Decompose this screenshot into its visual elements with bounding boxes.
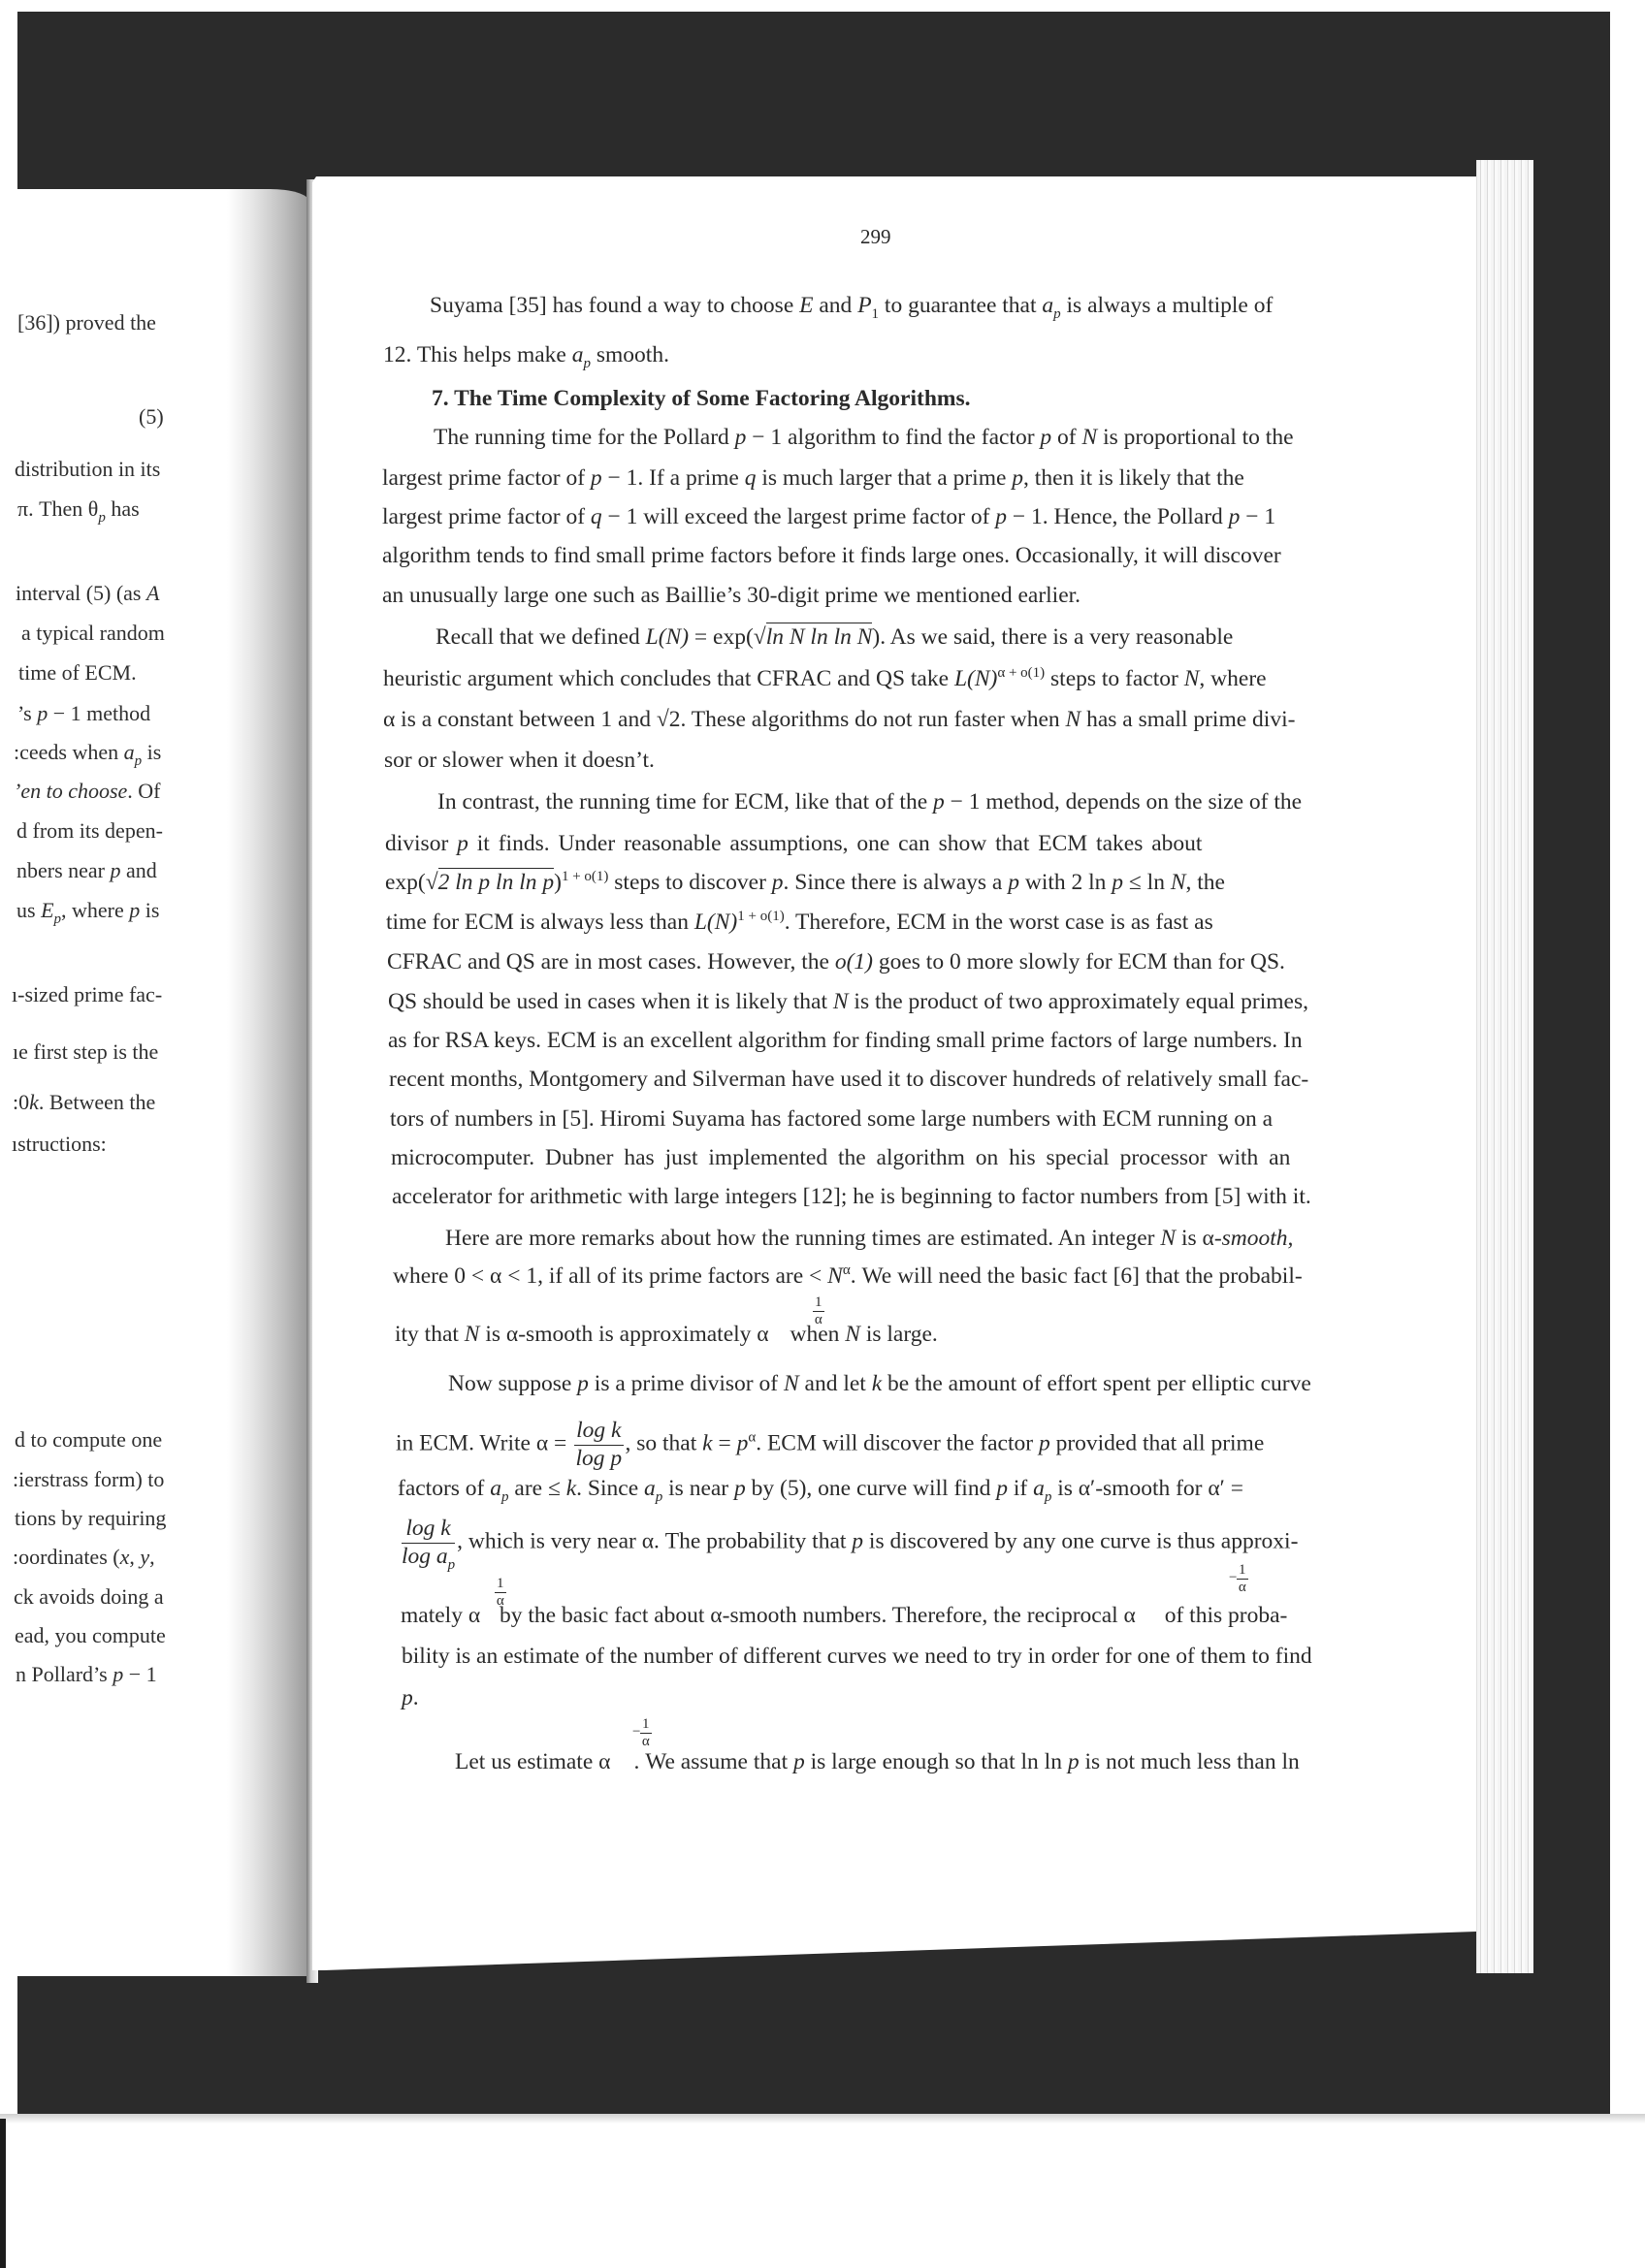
text: . Between the [39, 1090, 155, 1114]
text: Now suppose [448, 1371, 577, 1396]
math-var: N [827, 1263, 843, 1289]
math-var: p [852, 1528, 863, 1553]
text: , which is very near α. The probability … [457, 1528, 852, 1553]
math-var: p [583, 356, 591, 371]
superscript: α + o(1) [997, 665, 1045, 681]
text-line: mately α by the basic fact about α-smoot… [401, 1602, 1287, 1629]
text-line: largest prime factor of p − 1. If a prim… [382, 464, 1244, 492]
text: interval (5) (as [16, 581, 146, 605]
text-line: CFRAC and QS are in most cases. However,… [387, 948, 1285, 975]
left-line: :ceeds when ap is [14, 739, 161, 766]
left-line: d to compute one [15, 1426, 162, 1453]
text: is [142, 740, 161, 764]
text: steps to discover [608, 870, 771, 895]
numerator: 1 [813, 1295, 824, 1312]
left-line: interval (5) (as A [16, 580, 159, 607]
left-line: ı-sized prime fac- [12, 981, 162, 1008]
text: ’s [17, 701, 37, 725]
math-var: p [501, 1489, 509, 1505]
text: and [121, 858, 157, 882]
text: − 1 method [48, 701, 150, 725]
text: is [140, 898, 159, 922]
text: accelerator for arithmetic with large in… [392, 1184, 1311, 1209]
math-expr: log p [576, 1446, 623, 1471]
text: Here are more remarks about how the runn… [445, 1226, 1160, 1251]
math-var: p [996, 1476, 1008, 1501]
text-line: Now suppose p is a prime divisor of N an… [448, 1370, 1311, 1397]
text: Recall that we defined [435, 624, 646, 650]
text: smooth. [591, 342, 669, 367]
text-line: Recall that we defined L(N) = exp(√ln N … [435, 623, 1233, 651]
math-expr: log k [576, 1418, 621, 1443]
math-var: p [1039, 1430, 1050, 1455]
text: The running time for the Pollard [434, 425, 735, 450]
math-var: p [793, 1749, 805, 1774]
text: CFRAC and QS are in most cases. However,… [387, 949, 835, 974]
math-var: y [140, 1545, 149, 1569]
text: . Therefore, ECM in the worst case is as… [785, 910, 1213, 935]
text: and [814, 293, 858, 318]
text: divisor [385, 831, 457, 856]
denominator: log ap [402, 1544, 455, 1569]
text: by the basic fact about α-smooth numbers… [494, 1603, 1136, 1628]
text: ≤ ln [1123, 870, 1171, 895]
text-line: ity that N is α-smooth is approximately … [395, 1321, 938, 1348]
math-var: a [1042, 293, 1053, 318]
math-var: p [577, 1371, 589, 1396]
text: , where [1199, 666, 1266, 691]
math-var: a [1033, 1476, 1045, 1501]
text: provided that all prime [1050, 1430, 1265, 1455]
math-expr: o(1) [835, 949, 873, 974]
math-var: x [120, 1545, 130, 1569]
left-line: distribution in its [15, 456, 160, 483]
text: time for ECM is always less than [386, 910, 694, 935]
math-var: p [1068, 1749, 1080, 1774]
text: ıstructions: [12, 1132, 107, 1156]
text-line: divisor p it finds. Under reasonable ass… [385, 830, 1202, 857]
superscript: 1 + o(1) [737, 909, 784, 924]
text: is always a multiple of [1061, 293, 1274, 318]
math-var: p [135, 753, 143, 769]
math-var: k [566, 1476, 576, 1501]
emphasis-text: ’en to choose [14, 779, 127, 803]
math-expr: log k [405, 1516, 450, 1541]
text: if [1008, 1476, 1033, 1501]
left-line: ck avoids doing a [14, 1583, 164, 1611]
math-var: p [113, 1662, 123, 1686]
text-line: an unusually large one such as Baillie’s… [382, 582, 1081, 609]
text: sor or slower when it doesn’t. [384, 748, 655, 773]
text-line: largest prime factor of q − 1 will excee… [382, 503, 1275, 530]
text: Let us estimate α [455, 1749, 610, 1774]
text: algorithm tends to find small prime fact… [382, 543, 1281, 568]
fraction-logk-logp: log klog p [574, 1420, 623, 1470]
page-edges [1476, 160, 1533, 1973]
superscript: 1 + o(1) [562, 869, 608, 884]
text-line: QS should be used in cases when it is li… [388, 988, 1308, 1015]
text: mately α [401, 1603, 480, 1628]
text: it finds. Under reasonable assumptions, … [468, 831, 1203, 856]
text: − 1 will exceed the largest prime factor… [602, 504, 996, 529]
text: has [106, 496, 140, 521]
text-line: In contrast, the running time for ECM, l… [437, 788, 1302, 815]
text: goes to 0 more slowly for ECM than for Q… [873, 949, 1285, 974]
left-line: n Pollard’s p − 1 [16, 1661, 157, 1688]
math-var: N [1082, 425, 1098, 450]
left-line: ead, you compute [15, 1622, 166, 1649]
numerator: log k [574, 1420, 623, 1446]
equation-number: (5) [139, 403, 164, 431]
text-line: in ECM. Write α = log klog p, so that k … [396, 1420, 1264, 1470]
math-var: p [737, 1430, 749, 1455]
math-var: L(N) [694, 910, 737, 935]
math-expr: ln N ln ln N [766, 624, 873, 650]
text: − 1 method, depends on the size of the [945, 789, 1302, 815]
text: , then it is likely that the [1023, 465, 1244, 491]
subscript: 1 [872, 306, 880, 322]
text: where 0 < α < 1, if all of its prime fac… [393, 1263, 827, 1289]
math-var: p [1040, 425, 1051, 450]
left-line: ’en to choose. Of [14, 778, 161, 805]
text: Suyama [35] has found a way to choose [430, 293, 799, 318]
text: largest prime factor of [382, 465, 591, 491]
text: an unusually large one such as Baillie’s… [382, 583, 1081, 608]
text: :0 [13, 1090, 29, 1114]
math-var: p [402, 1685, 413, 1710]
text-line: factors of ap are ≤ k. Since ap is near … [398, 1475, 1243, 1502]
math-var: p [457, 831, 468, 856]
left-line: ıstructions: [12, 1131, 107, 1158]
math-var: N [845, 1322, 860, 1347]
math-var: p [1229, 504, 1241, 529]
text: (5) [139, 404, 164, 429]
text: = exp(√ [689, 624, 766, 650]
text: nbers near [16, 858, 111, 882]
text: to guarantee that [879, 293, 1042, 318]
left-line: :ierstrass form) to [13, 1466, 164, 1493]
left-line: :0k. Between the [13, 1089, 155, 1116]
text: steps to factor [1045, 666, 1184, 691]
left-line: ’s p − 1 method [17, 700, 150, 727]
math-var: k [872, 1371, 882, 1396]
text-line: sor or slower when it doesn’t. [384, 747, 655, 774]
math-var: p [98, 510, 106, 526]
exponent-fraction: −1α [1237, 1563, 1248, 1595]
math-var: q [745, 465, 757, 491]
math-var: E [41, 898, 53, 922]
text: us [16, 898, 41, 922]
text-line: where 0 < α < 1, if all of its prime fac… [393, 1262, 1303, 1290]
math-var: L(N) [954, 666, 997, 691]
text-line: Suyama [35] has found a way to choose E … [430, 292, 1273, 319]
text: . Of [127, 779, 160, 803]
text: of this proba- [1159, 1603, 1288, 1628]
left-line: tions by requiring [15, 1505, 166, 1532]
exponent-fraction: −1α [640, 1717, 652, 1749]
text: ). As we said, there is a very reasonabl… [872, 624, 1233, 650]
math-expr: 2 ln p ln ln p [438, 870, 554, 895]
math-var: p [1112, 870, 1123, 895]
scanner-bottom-edge [0, 2114, 1645, 2124]
text: , where [61, 898, 129, 922]
text-line: Let us estimate α. We assume that p is l… [455, 1748, 1300, 1775]
text: is near [662, 1476, 734, 1501]
text: QS should be used in cases when it is li… [388, 989, 833, 1014]
text: . We assume that [633, 1749, 793, 1774]
text: tors of numbers in [5]. Hiromi Suyama ha… [390, 1106, 1273, 1132]
text: has a small prime divi- [1081, 707, 1295, 732]
math-var: p [591, 465, 602, 491]
text: factors of [398, 1476, 490, 1501]
text: is α- [1176, 1226, 1222, 1251]
math-var: p [933, 789, 945, 815]
text: . Since [576, 1476, 644, 1501]
text-line: heuristic argument which concludes that … [383, 665, 1267, 692]
text-line: microcomputer. Dubner has just implement… [391, 1144, 1290, 1171]
math-var: a [490, 1476, 501, 1501]
left-line: nbers near p and [16, 857, 157, 884]
left-line: π. Then θp has [17, 495, 140, 523]
text: , [129, 1545, 140, 1569]
text: ) [554, 870, 562, 895]
text: exp(√ [385, 870, 438, 895]
text-line: as for RSA keys. ECM is an excellent alg… [388, 1027, 1303, 1054]
math-var: N [465, 1322, 480, 1347]
sqrt-radicand: 2 ln p ln ln p [438, 868, 554, 895]
left-line: [36]) proved the [17, 309, 156, 336]
text: microcomputer. Dubner has just implement… [391, 1145, 1290, 1170]
text: are ≤ [509, 1476, 566, 1501]
text: by (5), one curve will find [746, 1476, 996, 1501]
fraction-logk-logap: log klog ap [402, 1517, 455, 1568]
text: d to compute one [15, 1427, 162, 1452]
text: = [713, 1430, 737, 1455]
text: time of ECM. [18, 660, 137, 685]
page-number: 299 [860, 223, 891, 250]
math-var: k [702, 1430, 712, 1455]
math-var: N [1171, 870, 1186, 895]
math-var: q [591, 504, 602, 529]
text: distribution in its [15, 457, 160, 481]
text: ity that [395, 1322, 465, 1347]
math-var: p [1053, 306, 1061, 322]
denominator: α [640, 1734, 652, 1749]
text: is the product of two approximately equa… [849, 989, 1308, 1014]
left-line: d from its depen- [16, 817, 163, 845]
text-line: The running time for the Pollard p − 1 a… [434, 424, 1294, 451]
minus-sign: − [632, 1725, 640, 1740]
math-var: N [1184, 666, 1200, 691]
text: ı-sized prime fac- [12, 982, 162, 1006]
math-var: a [644, 1476, 656, 1501]
math-var: p [1008, 870, 1019, 895]
text: . ECM will discover the factor [756, 1430, 1039, 1455]
text: α is a constant between 1 and √2. These … [383, 707, 1066, 732]
section-heading: 7. The Time Complexity of Some Factoring… [432, 385, 971, 412]
text: d from its depen- [16, 818, 163, 843]
text: in ECM. Write α = [396, 1430, 572, 1455]
math-var: a [124, 740, 135, 764]
math-var: E [799, 293, 813, 318]
text-line: Here are more remarks about how the runn… [445, 1225, 1293, 1252]
math-var: N [833, 989, 849, 1014]
text: is discovered by any one curve is thus a… [863, 1528, 1298, 1553]
math-var: p [54, 911, 62, 927]
math-var: p [37, 701, 48, 725]
text: :ierstrass form) to [13, 1467, 164, 1491]
text: is α-smooth is approximately α [479, 1322, 768, 1347]
text: bility is an estimate of the number of d… [402, 1644, 1312, 1669]
text: is not much less than ln [1080, 1749, 1300, 1774]
text: is a prime divisor of [589, 1371, 784, 1396]
left-line: a typical random [21, 620, 165, 647]
text: ead, you compute [15, 1623, 166, 1647]
text: ck avoids doing a [14, 1584, 164, 1609]
text: 299 [860, 225, 891, 248]
text: − 1 algorithm to find the factor [746, 425, 1040, 450]
text-line: tors of numbers in [5]. Hiromi Suyama ha… [390, 1105, 1273, 1133]
text: :oordinates ( [13, 1545, 120, 1569]
text: 7. The Time Complexity of Some Factoring… [432, 386, 971, 411]
text: and let [799, 1371, 872, 1396]
text: is α′-smooth for α′ = [1051, 1476, 1243, 1501]
text: . [413, 1685, 419, 1710]
math-var: p [735, 425, 747, 450]
minus-sign: − [1229, 1571, 1237, 1585]
text: of [1051, 425, 1081, 450]
math-var: p [772, 870, 784, 895]
text: largest prime factor of [382, 504, 591, 529]
text: . We will need the basic fact [6] that t… [851, 1263, 1303, 1289]
scanner-edge-strip [0, 2119, 6, 2268]
math-var: N [1160, 1226, 1176, 1251]
text-line: bility is an estimate of the number of d… [402, 1643, 1312, 1670]
text: is large enough so that ln ln [805, 1749, 1068, 1774]
text: with 2 ln [1019, 870, 1112, 895]
text-line: recent months, Montgomery and Silverman … [389, 1066, 1308, 1093]
text-line: 12. This helps make ap smooth. [383, 341, 669, 368]
math-var: p [448, 1557, 456, 1573]
left-line: us Ep, where p is [16, 897, 159, 924]
text: . Since there is always a [784, 870, 1009, 895]
math-var: p [129, 898, 140, 922]
text-line: α is a constant between 1 and √2. These … [383, 706, 1295, 733]
math-expr: log a [402, 1544, 448, 1569]
text: , so that [626, 1430, 703, 1455]
math-var: A [146, 581, 159, 605]
math-var: L(N) [646, 624, 689, 650]
text: be the amount of effort spent per ellipt… [882, 1371, 1311, 1396]
text: − 1. If a prime [602, 465, 745, 491]
text: − 1 [123, 1662, 156, 1686]
math-var: N [1066, 707, 1081, 732]
numerator: log k [402, 1517, 455, 1544]
text: 12. This helps make [383, 342, 572, 367]
left-line: ıe first step is the [13, 1038, 158, 1066]
text: is much larger that a prime [756, 465, 1012, 491]
math-var: P [857, 293, 871, 318]
text-line: log klog ap, which is very near α. The p… [400, 1517, 1298, 1568]
text: is large. [860, 1322, 938, 1347]
text: heuristic argument which concludes that … [383, 666, 954, 691]
numerator: 1 [640, 1717, 652, 1734]
math-var: k [29, 1090, 39, 1114]
text: , [149, 1545, 155, 1569]
left-line: time of ECM. [18, 659, 137, 687]
math-var: p [995, 504, 1007, 529]
text: [36]) proved the [17, 310, 156, 335]
numerator: 1 [1237, 1563, 1248, 1580]
math-var: p [111, 858, 121, 882]
sqrt-radicand: ln N ln ln N [766, 623, 873, 650]
text: , the [1186, 870, 1225, 895]
text: − 1 [1240, 504, 1275, 529]
text: :ceeds when [14, 740, 124, 764]
text: n Pollard’s [16, 1662, 113, 1686]
text-line: exp(√2 ln p ln ln p)1 + o(1) steps to di… [385, 869, 1225, 896]
text: recent months, Montgomery and Silverman … [389, 1067, 1308, 1092]
text: is proportional to the [1097, 425, 1293, 450]
text: − 1. Hence, the Pollard [1007, 504, 1229, 529]
text: a typical random [21, 621, 165, 645]
text: as for RSA keys. ECM is an excellent alg… [388, 1028, 1303, 1053]
text: π. Then θ [17, 496, 98, 521]
text-line: time for ECM is always less than L(N)1 +… [386, 909, 1213, 936]
text-line: algorithm tends to find small prime fact… [382, 542, 1281, 569]
denominator: α [1237, 1580, 1248, 1595]
math-var: N [784, 1371, 799, 1396]
left-line: :oordinates (x, y, [13, 1544, 155, 1571]
text: when [785, 1322, 846, 1347]
text-line: p. [402, 1684, 419, 1711]
text: In contrast, the running time for ECM, l… [437, 789, 933, 815]
numerator: 1 [495, 1577, 506, 1593]
emphasis-text: smooth, [1222, 1226, 1294, 1251]
math-var: p [734, 1476, 746, 1501]
denominator: log p [574, 1446, 623, 1471]
superscript: α [843, 1262, 851, 1278]
text-line: accelerator for arithmetic with large in… [392, 1183, 1311, 1210]
math-var: a [572, 342, 584, 367]
math-var: p [1012, 465, 1023, 491]
text: ıe first step is the [13, 1039, 158, 1064]
text: tions by requiring [15, 1506, 166, 1530]
